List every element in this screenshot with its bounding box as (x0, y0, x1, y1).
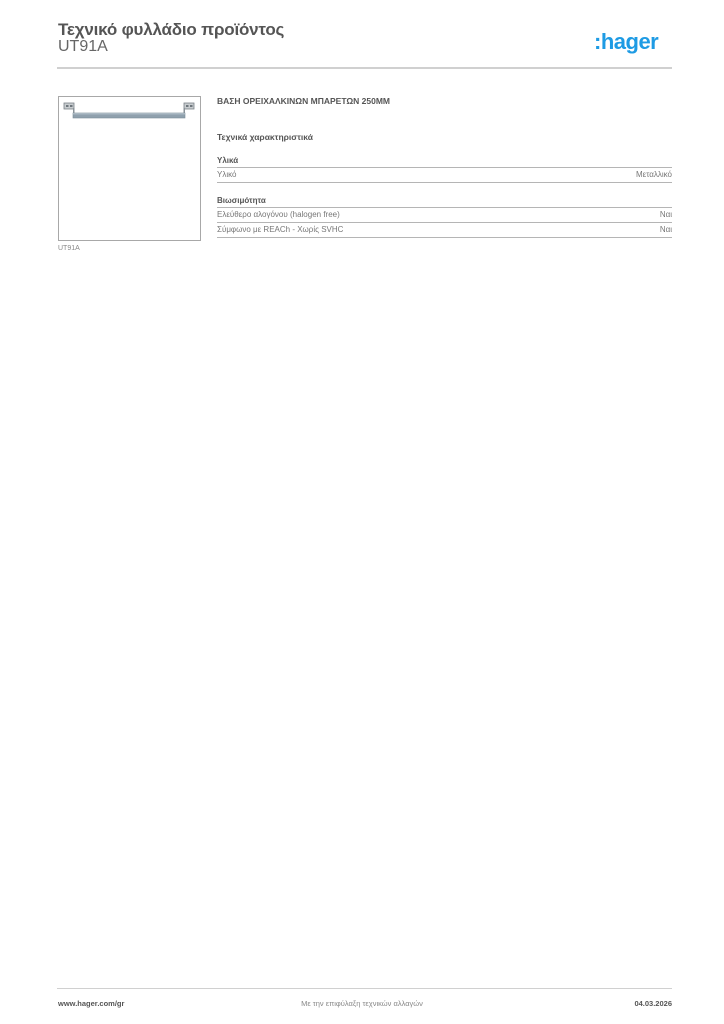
footer-date: 04.03.2026 (634, 999, 672, 1008)
hager-logo: :hager (594, 29, 658, 55)
group-title: Βιωσιμότητα (217, 196, 672, 208)
spec-row: Σύμφωνο με REACh - Χωρίς SVHC Ναι (217, 223, 672, 238)
header-divider (57, 67, 672, 69)
product-code: UT91A (58, 38, 108, 56)
document-title: Τεχνικό φυλλάδιο προϊόντος (58, 20, 284, 40)
spec-row: Υλικό Μεταλλικό (217, 168, 672, 183)
product-details: ΒΑΣΗ ΟΡΕΙΧΑΛΚΙΝΩΝ ΜΠΑΡΕΤΩΝ 250MM Τεχνικά… (217, 96, 672, 251)
product-name: ΒΑΣΗ ΟΡΕΙΧΑΛΚΙΝΩΝ ΜΠΑΡΕΤΩΝ 250MM (217, 96, 672, 106)
spec-value: Ναι (660, 210, 672, 220)
spec-group-sustainability: Βιωσιμότητα Ελεύθερο αλογόνου (halogen f… (217, 196, 672, 238)
spec-value: Ναι (660, 225, 672, 235)
group-title: Υλικά (217, 156, 672, 168)
product-image (58, 96, 201, 241)
spec-label: Σύμφωνο με REACh - Χωρίς SVHC (217, 225, 343, 235)
spec-value: Μεταλλικό (636, 170, 672, 180)
footer-divider (57, 988, 672, 989)
image-caption: UT91A (58, 245, 80, 252)
spec-label: Υλικό (217, 170, 236, 180)
spec-label: Ελεύθερο αλογόνου (halogen free) (217, 210, 340, 220)
mounting-bar-icon (62, 100, 197, 130)
footer-disclaimer: Με την επιφύλαξη τεχνικών αλλαγών (0, 999, 724, 1008)
section-heading: Τεχνικά χαρακτηριστικά (217, 132, 672, 142)
spec-row: Ελεύθερο αλογόνου (halogen free) Ναι (217, 208, 672, 223)
spec-group-materials: Υλικά Υλικό Μεταλλικό (217, 156, 672, 183)
